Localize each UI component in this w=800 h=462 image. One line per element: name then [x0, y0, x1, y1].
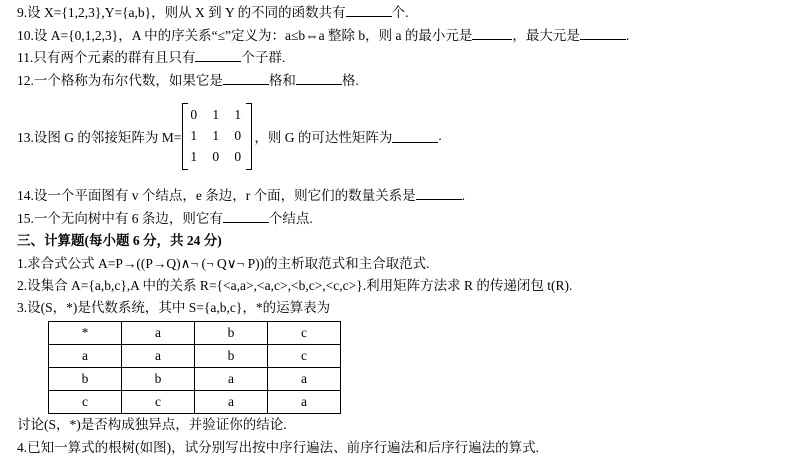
question-12: 12.一个格称为布尔代数，如果它是格和格.: [17, 71, 359, 90]
question-15: 15.一个无向树中有 6 条边，则它有个结点.: [17, 209, 313, 228]
matrix-cell: 1: [212, 107, 234, 123]
q15-text: 15.一个无向树中有 6 条边，则它有: [17, 211, 223, 226]
matrix-cell: 0: [234, 149, 244, 165]
answer-blank[interactable]: [223, 209, 269, 223]
answer-blank[interactable]: [580, 26, 626, 40]
table-cell: b: [195, 322, 268, 345]
q13-suffix: ，则 G 的可达性矩阵为: [254, 126, 392, 146]
question-11: 11.只有两个元素的群有且只有个子群.: [17, 48, 285, 67]
matrix-row: 1 1 0: [190, 126, 244, 147]
table-cell: a: [195, 391, 268, 414]
q15-suffix: 个结点.: [269, 211, 313, 226]
calc-question-1: 1.求合式公式 A=P→((P→Q)∧¬ (¬ Q∨¬ P))的主析取范式和主合…: [17, 255, 429, 273]
answer-blank[interactable]: [472, 26, 512, 40]
answer-blank[interactable]: [296, 71, 342, 85]
question-14: 14.设一个平面图有 v 个结点，e 条边，r 个面，则它们的数量关系是.: [17, 186, 465, 205]
answer-blank[interactable]: [223, 71, 269, 85]
adjacency-matrix: 0 1 1 1 1 0 1 0 0: [182, 103, 252, 170]
question-10: 10.设 A={0,1,2,3}，A 中的序关系“≤”定义为：a≤b⇔a 整除 …: [17, 26, 629, 45]
answer-blank[interactable]: [416, 186, 462, 200]
matrix-cell: 1: [190, 149, 212, 165]
table-row: c c a a: [49, 391, 341, 414]
q13-text: 13.设图 G 的邻接矩阵为 M=: [17, 126, 181, 146]
table-cell: *: [49, 322, 122, 345]
answer-blank[interactable]: [392, 129, 438, 143]
q13-end: .: [438, 128, 441, 144]
table-cell: c: [268, 322, 341, 345]
table-row: b b a a: [49, 368, 341, 391]
matrix-row: 1 0 0: [190, 147, 244, 168]
answer-blank[interactable]: [195, 48, 241, 62]
table-cell: b: [122, 368, 195, 391]
table-cell: a: [49, 345, 122, 368]
table-cell: a: [268, 368, 341, 391]
table-cell: c: [122, 391, 195, 414]
matrix-cell: 0: [212, 149, 234, 165]
q14-suffix: .: [462, 188, 465, 203]
q10-suffix: .: [626, 28, 629, 43]
q9-suffix: 个.: [392, 5, 409, 20]
q10-text: 10.设 A={0,1,2,3}，A 中的序关系“≤”定义为：a≤b⇔a 整除 …: [17, 28, 472, 43]
table-cell: a: [195, 368, 268, 391]
q11-suffix: 个子群.: [241, 50, 285, 65]
table-cell: c: [268, 345, 341, 368]
q12-suffix: 格.: [342, 73, 359, 88]
matrix-cell: 0: [190, 107, 212, 123]
table-cell: a: [122, 345, 195, 368]
calc-question-3-discussion: 讨论(S，*)是否构成独异点，并验证你的结论.: [17, 416, 287, 434]
question-13: 13.设图 G 的邻接矩阵为 M= 0 1 1 1 1 0 1 0 0 ，则 G…: [17, 102, 442, 170]
q9-text: 9.设 X={1,2,3},Y={a,b}，则从 X 到 Y 的不同的函数共有: [17, 5, 346, 20]
operation-table: * a b c a a b c b b a a c c a a: [48, 321, 341, 414]
section-heading: 三、计算题(每小题 6 分，共 24 分): [17, 232, 222, 250]
table-cell: a: [122, 322, 195, 345]
matrix-cell: 1: [190, 128, 212, 144]
table-row: a a b c: [49, 345, 341, 368]
q11-text: 11.只有两个元素的群有且只有: [17, 50, 195, 65]
matrix-cell: 0: [234, 128, 244, 144]
calc-question-3: 3.设(S，*)是代数系统，其中 S={a,b,c}，*的运算表为: [17, 299, 330, 317]
q10-mid: ，最大元是: [512, 28, 580, 43]
table-cell: a: [268, 391, 341, 414]
calc-question-4: 4.已知一算式的根树(如图)，试分别写出按中序行遍法、前序行遍法和后序行遍法的算…: [17, 439, 539, 457]
table-header-row: * a b c: [49, 322, 341, 345]
q12-text: 12.一个格称为布尔代数，如果它是: [17, 73, 223, 88]
table-cell: b: [49, 368, 122, 391]
matrix-row: 0 1 1: [190, 105, 244, 126]
matrix-cell: 1: [234, 107, 244, 123]
matrix-cell: 1: [212, 128, 234, 144]
q12-mid: 格和: [269, 73, 296, 88]
answer-blank[interactable]: [346, 3, 392, 17]
question-9: 9.设 X={1,2,3},Y={a,b}，则从 X 到 Y 的不同的函数共有个…: [17, 3, 409, 22]
table-cell: b: [195, 345, 268, 368]
table-cell: c: [49, 391, 122, 414]
q14-text: 14.设一个平面图有 v 个结点，e 条边，r 个面，则它们的数量关系是: [17, 188, 416, 203]
calc-question-2: 2.设集合 A={a,b,c},A 中的关系 R={<a,a>,<a,c>,<b…: [17, 277, 572, 295]
